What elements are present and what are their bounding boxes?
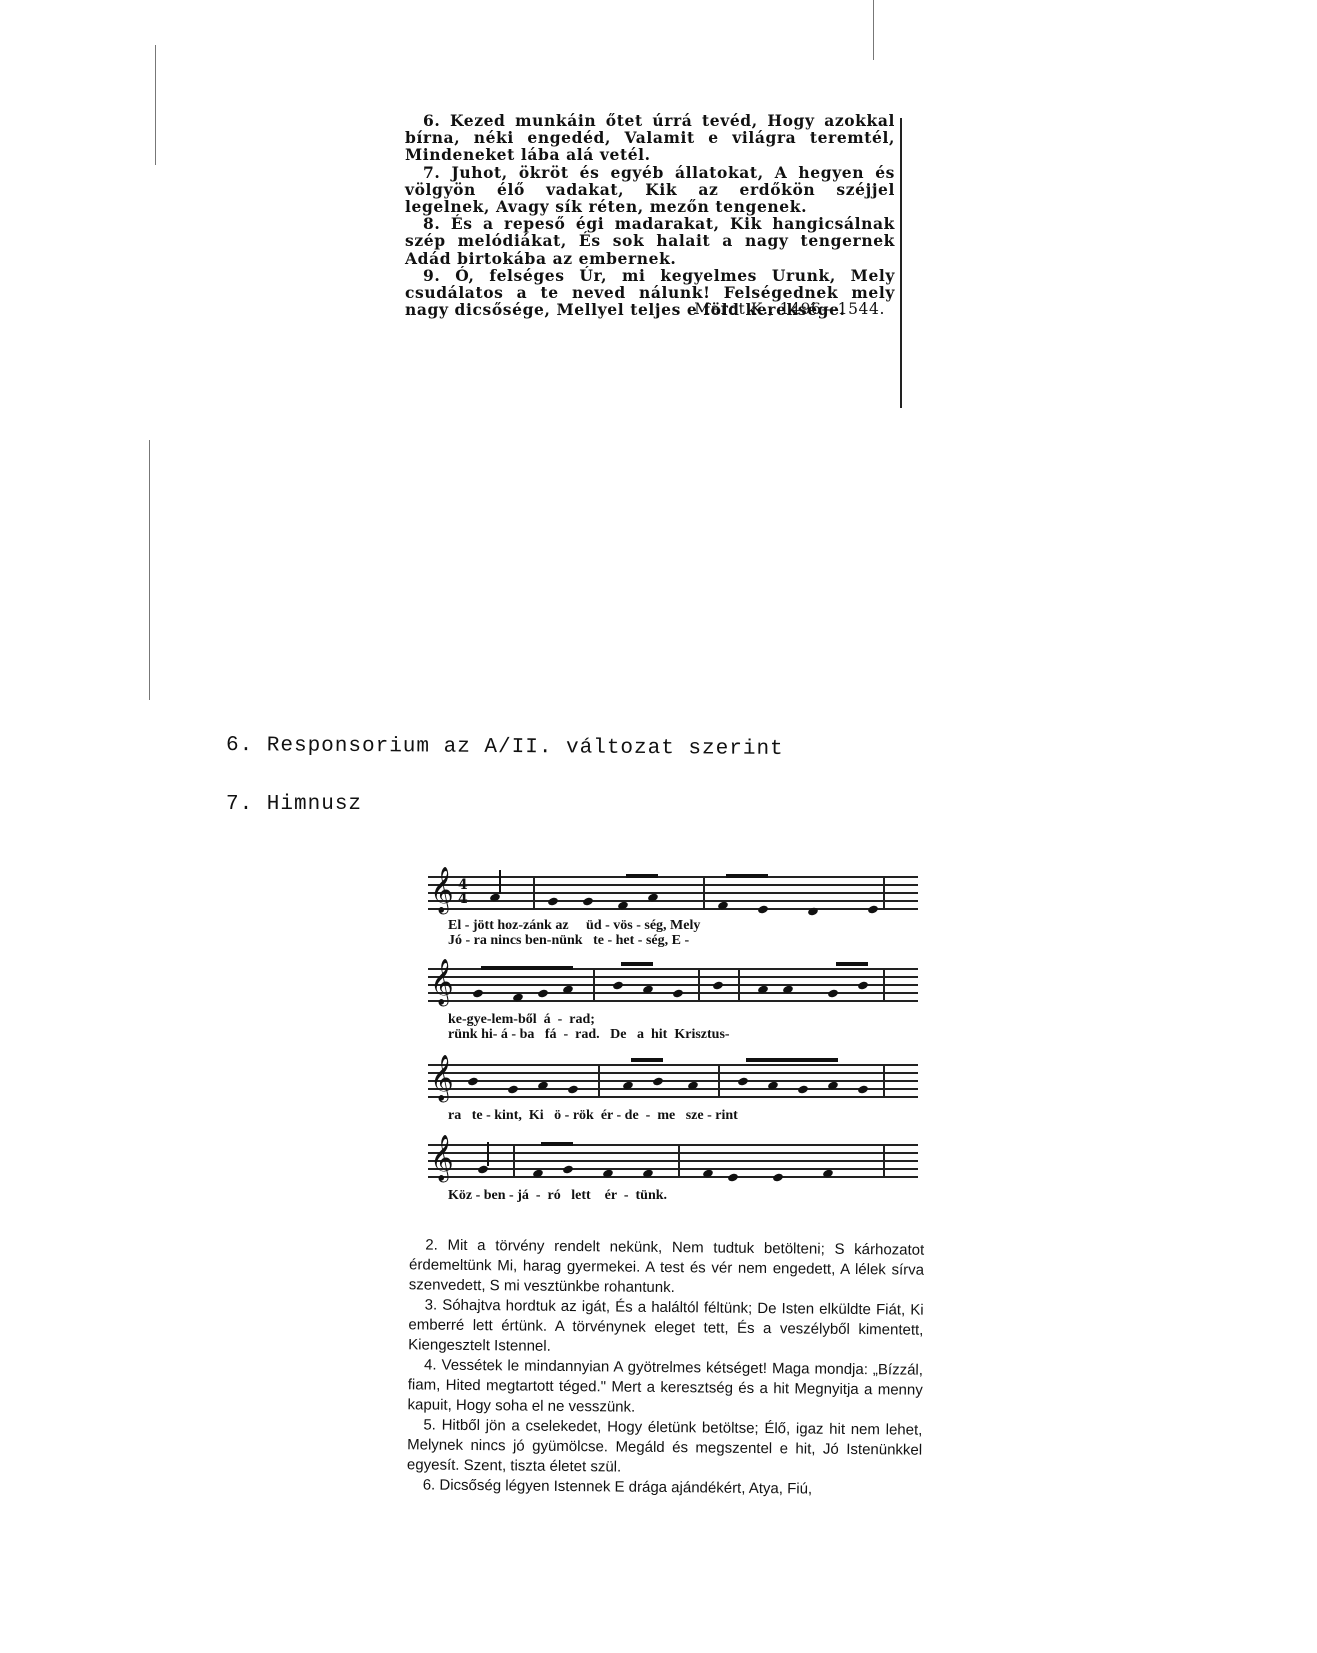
staff: 𝄞 — [428, 968, 918, 1002]
clipping-verse: 7. Juhot, ökröt és egyéb állatokat, A he… — [405, 164, 895, 216]
treble-clef-icon: 𝄞 — [430, 1138, 454, 1178]
music-system: 𝄞 ra te - kint, Ki ö - rök ér - de - me … — [428, 1056, 928, 1136]
music-system: 𝄞 Köz - ben - já - ró lett ér - tünk. — [428, 1136, 928, 1216]
lyrics-line: Köz - ben - já - ró lett ér - tünk. — [428, 1188, 667, 1203]
hymn-verses: 2. Mit a törvény rendelt nekünk, Nem tud… — [407, 1235, 925, 1500]
hymn-verse: 4. Vessétek le mindannyian A gyötrelmes … — [407, 1355, 923, 1420]
lyrics-line: El - jött hoz-zánk az üd - vös - ség, Me… — [428, 918, 700, 933]
lyrics-block: El - jött hoz-zánk az üd - vös - ség, Me… — [428, 918, 700, 948]
lyrics-block: ke-gye-lem-ből á - rad; rünk hi- á - ba … — [428, 1012, 730, 1042]
hymn-verse: 3. Sóhajtva hordtuk az igát, És a halált… — [408, 1295, 924, 1360]
scan-mark — [873, 0, 874, 60]
lyrics-block: ra te - kint, Ki ö - rök ér - de - me sz… — [428, 1108, 738, 1123]
music-system: 𝄞 ke-gye-lem-ből á - rad; rünk hi- á - b… — [428, 960, 928, 1056]
clipping-verse: 6. Kezed munkáin őtet úrrá tevéd, Hogy a… — [405, 112, 895, 164]
heading-responsorium: 6. Responsorium az A/II. változat szerin… — [226, 734, 784, 761]
scan-mark — [149, 440, 150, 700]
lyrics-block: Köz - ben - já - ró lett ér - tünk. — [428, 1188, 667, 1203]
heading-himnusz: 7. Himnusz — [226, 793, 362, 816]
scan-mark — [155, 45, 156, 165]
clipping-verse: 8. És a repeső égi madarakat, Kik hangic… — [405, 215, 895, 267]
hymn-verse: 6. Dicsőség légyen Istennek E drága aján… — [407, 1475, 922, 1500]
lyrics-line: ra te - kint, Ki ö - rök ér - de - me sz… — [428, 1108, 738, 1123]
time-signature: 44 — [458, 878, 468, 906]
treble-clef-icon: 𝄞 — [430, 962, 454, 1002]
lyrics-line: Jó - ra nincs ben-nünk te - het - ség, E… — [428, 933, 700, 948]
treble-clef-icon: 𝄞 — [430, 870, 454, 910]
hymn-verse: 2. Mit a törvény rendelt nekünk, Nem tud… — [409, 1235, 925, 1300]
psalm-clipping: 6. Kezed munkáin őtet úrrá tevéd, Hogy a… — [405, 112, 895, 319]
staff: 𝄞 — [428, 1144, 918, 1178]
lyrics-line: rünk hi- á - ba fá - rad. De a hit Krisz… — [428, 1027, 730, 1042]
hymn-score: 𝄞 44 El - jött hoz-zánk az üd - vös - sé… — [428, 868, 928, 1216]
hymn-verse: 5. Hitből jön a cselekedet, Hogy életünk… — [407, 1415, 923, 1480]
lyrics-line: ke-gye-lem-ből á - rad; — [428, 1012, 730, 1027]
staff: 𝄞 44 — [428, 876, 918, 910]
treble-clef-icon: 𝄞 — [430, 1058, 454, 1098]
staff: 𝄞 — [428, 1064, 918, 1098]
clipping-border — [900, 118, 902, 408]
music-system: 𝄞 44 El - jött hoz-zánk az üd - vös - sé… — [428, 868, 928, 960]
